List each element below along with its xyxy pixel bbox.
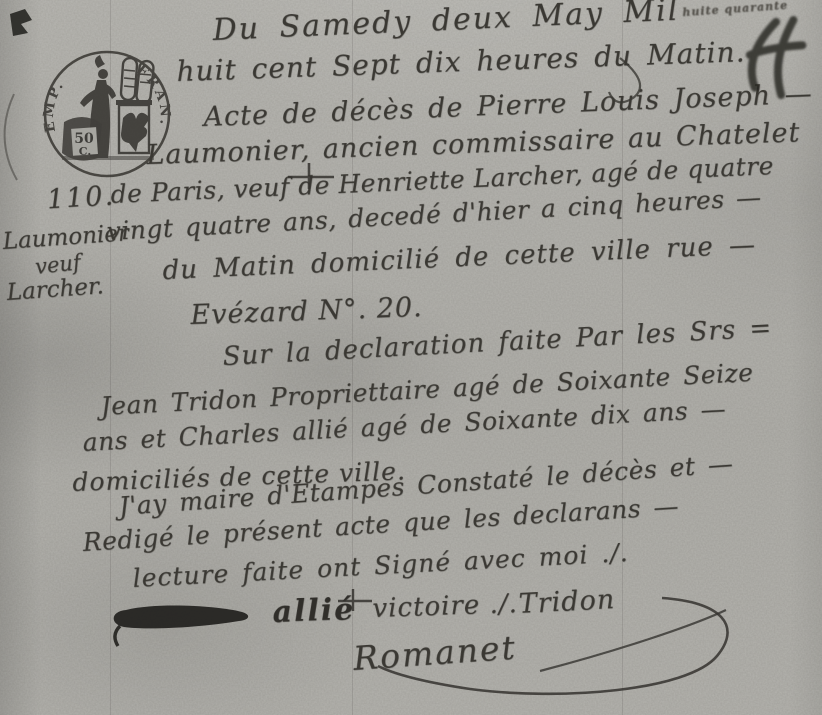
death-record-page: EMP. FRAN.	[0, 0, 822, 715]
stamp-value: 50 C.	[62, 117, 102, 161]
corner-annotation: huite quarante	[682, 0, 788, 19]
ink-blot	[10, 9, 32, 36]
margin-act-number: 110.	[46, 181, 116, 215]
handwritten-line: Evézard N°. 20.	[190, 293, 423, 331]
romanet-flourish	[540, 610, 726, 671]
signature-allie: allié	[272, 593, 356, 629]
handwritten-line: du Matin domicilié de cette ville rue —	[162, 231, 757, 285]
signature-romanet: Romanet	[352, 630, 518, 678]
crease-mark	[5, 94, 17, 180]
signature-victoire: victoire ./.	[372, 590, 518, 624]
margin-surname: Larcher.	[6, 274, 105, 306]
heavy-ink-stroke	[114, 606, 248, 646]
signature-tridon: Tridon	[518, 585, 616, 620]
